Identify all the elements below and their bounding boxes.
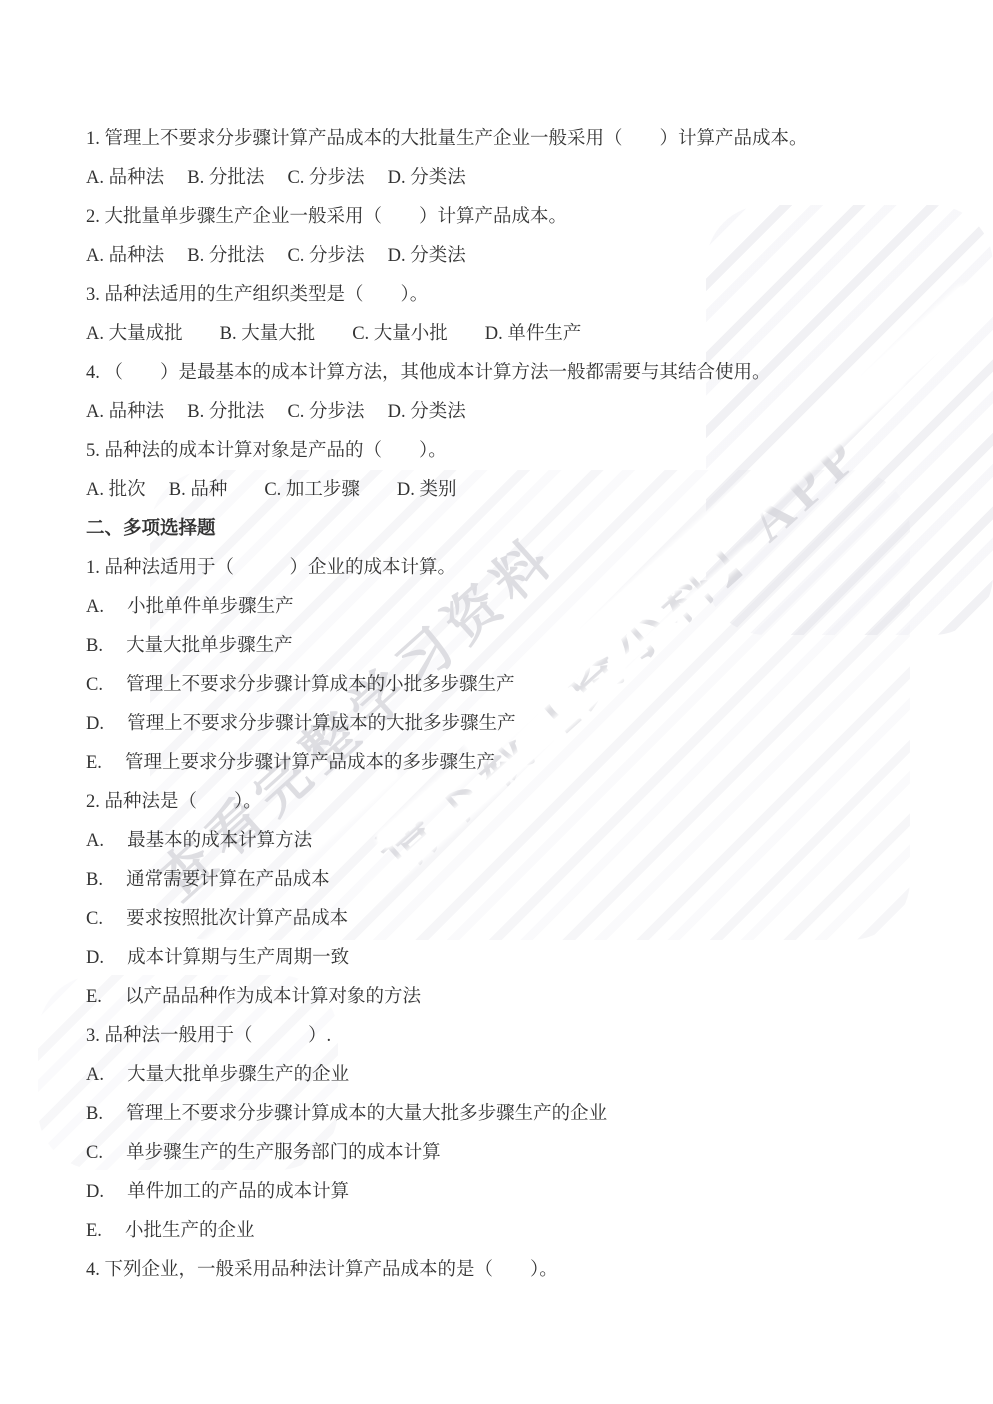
question-line: 1. 管理上不要求分步骤计算产品成本的大批量生产企业一般采用（ ）计算产品成本。 [86,120,953,159]
question-line: 5. 品种法的成本计算对象是产品的（ ）。 [86,432,953,471]
option-line: E. 以产品品种作为成本计算对象的方法 [86,978,953,1017]
option-line: D. 成本计算期与生产周期一致 [86,939,953,978]
question-line: 4. （ ）是最基本的成本计算方法，其他成本计算方法一般都需要与其结合使用。 [86,354,953,393]
options-line: A. 品种法 B. 分批法 C. 分步法 D. 分类法 [86,159,953,198]
option-line: C. 要求按照批次计算产品成本 [86,900,953,939]
option-line: B. 管理上不要求分步骤计算成本的大量大批多步骤生产的企业 [86,1095,953,1134]
section-heading: 二、多项选择题 [86,510,953,549]
option-line: A. 大量大批单步骤生产的企业 [86,1056,953,1095]
options-line: A. 批次 B. 品种 C. 加工步骤 D. 类别 [86,471,953,510]
option-line: E. 管理上要求分步骤计算产品成本的多步骤生产 [86,744,953,783]
option-line: C. 管理上不要求分步骤计算成本的小批多步骤生产 [86,666,953,705]
question-line: 1. 品种法适用于（ ）企业的成本计算。 [86,549,953,588]
option-line: A. 最基本的成本计算方法 [86,822,953,861]
option-line: D. 管理上不要求分步骤计算成本的大批多步骤生产 [86,705,953,744]
option-line: A. 小批单件单步骤生产 [86,588,953,627]
option-line: B. 通常需要计算在产品成本 [86,861,953,900]
options-line: A. 大量成批 B. 大量大批 C. 大量小批 D. 单件生产 [86,315,953,354]
options-line: A. 品种法 B. 分批法 C. 分步法 D. 分类法 [86,393,953,432]
question-line: 3. 品种法适用的生产组织类型是（ ）。 [86,276,953,315]
option-line: D. 单件加工的产品的成本计算 [86,1173,953,1212]
question-line: 3. 品种法一般用于（ ）. [86,1017,953,1056]
option-line: B. 大量大批单步骤生产 [86,627,953,666]
question-line: 4. 下列企业，一般采用品种法计算产品成本的是（ ）。 [86,1251,953,1290]
question-line: 2. 品种法是（ ）。 [86,783,953,822]
exercise-text-block: 1. 管理上不要求分步骤计算产品成本的大批量生产企业一般采用（ ）计算产品成本。… [86,120,953,1290]
option-line: E. 小批生产的企业 [86,1212,953,1251]
options-line: A. 品种法 B. 分批法 C. 分步法 D. 分类法 [86,237,953,276]
question-line: 2. 大批量单步骤生产企业一般采用（ ）计算产品成本。 [86,198,953,237]
document-page: 查看完整学习资料 请下载【资小料】APP 1. 管理上不要求分步骤计算产品成本的… [0,0,993,1404]
option-line: C. 单步骤生产的生产服务部门的成本计算 [86,1134,953,1173]
